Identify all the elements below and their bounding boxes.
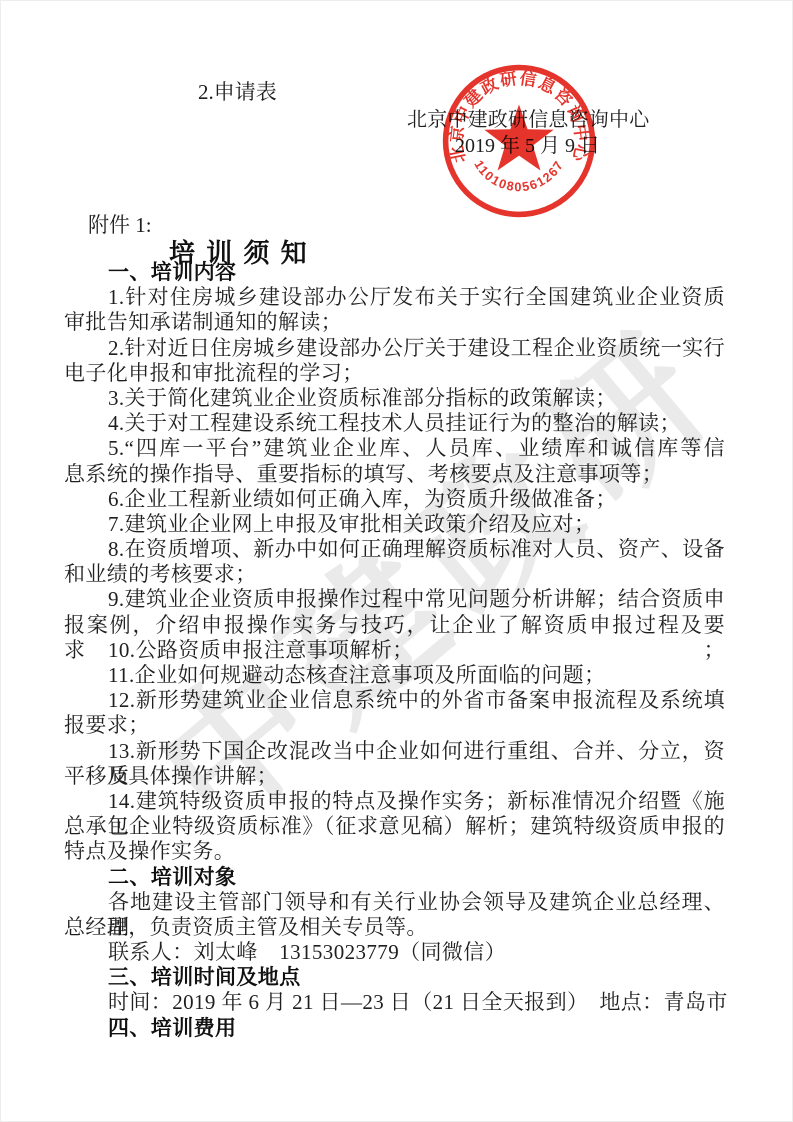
text-line: 息系统的操作指导、重要指标的填写、考核要点及注意事项等； xyxy=(64,462,725,487)
company-seal-stamp: 北京中建政研信息咨询中心 1101080561267 xyxy=(438,60,600,222)
text-line: 报要求； xyxy=(64,713,725,738)
text-line: 报案例，介绍申报操作实务与技巧，让企业了解资质申报过程及要求； xyxy=(64,613,725,638)
text-line: 平移及具体操作讲解； xyxy=(64,764,725,789)
intro-item-text: 2.申请表 xyxy=(198,76,277,106)
text-line: 1.针对住房城乡建设部办公厅发布关于实行全国建筑业企业资质 xyxy=(64,285,725,310)
section-heading: 二、培训对象 xyxy=(64,865,725,890)
text-line: 13.新形势下国企改混改当中企业如何进行重组、合并、分立，资质 xyxy=(64,739,725,764)
text-line: 特点及操作实务。 xyxy=(64,839,725,864)
star-icon xyxy=(484,105,553,171)
text-line: 14.建筑特级资质申报的特点及操作实务；新标准情况介绍暨《施工 xyxy=(64,789,725,814)
section-heading: 一、培训内容 xyxy=(64,260,725,285)
text-line: 8.在资质增项、新办中如何正确理解资质标准对人员、资产、设备 xyxy=(64,537,725,562)
text-line: 6.企业工程新业绩如何正确入库，为资质升级做准备； xyxy=(64,487,725,512)
text-line: 5.“四库一平台”建筑业企业库、人员库、业绩库和诚信库等信 xyxy=(64,436,725,461)
text-line: 电子化申报和审批流程的学习； xyxy=(64,361,725,386)
text-line: 11.企业如何规避动态核查注意事项及所面临的问题； xyxy=(64,663,725,688)
text-line: 12.新形势建筑业企业信息系统中的外省市备案申报流程及系统填 xyxy=(64,688,725,713)
seal-serial-number: 1101080561267 xyxy=(471,158,566,194)
text-line: 和业绩的考核要求； xyxy=(64,562,725,587)
text-line: 总承包企业特级资质标准》（征求意见稿）解析；建筑特级资质申报的 xyxy=(64,814,725,839)
document-page: 中建政研 2.申请表 北京中建政研信息咨询中心 2019 年 5 月 9 日 北… xyxy=(0,0,793,1122)
text-line: 总经理，负责资质主管及相关专员等。 xyxy=(64,915,725,940)
annex-label: 附件 1: xyxy=(88,209,152,239)
text-line: 2.针对近日住房城乡建设部办公厅关于建设工程企业资质统一实行 xyxy=(64,336,725,361)
text-line: 3.关于简化建筑业企业资质标准部分指标的政策解读； xyxy=(64,386,725,411)
text-line: 时间：2019 年 6 月 21 日—23 日（21 日全天报到） 地点：青岛市 xyxy=(64,990,725,1015)
text-line: 联系人：刘太峰 13153023779（同微信） xyxy=(64,940,725,965)
svg-text:1101080561267: 1101080561267 xyxy=(471,158,566,194)
section-heading: 三、培训时间及地点 xyxy=(64,965,725,990)
text-line: 审批告知承诺制通知的解读； xyxy=(64,310,725,335)
text-line: 7.建筑业企业网上申报及审批相关政策介绍及应对； xyxy=(64,512,725,537)
text-line: 9.建筑业企业资质申报操作过程中常见问题分析讲解；结合资质申 xyxy=(64,587,725,612)
body-text: 一、培训内容1.针对住房城乡建设部办公厅发布关于实行全国建筑业企业资质审批告知承… xyxy=(64,260,725,1041)
text-line: 各地建设主管部门领导和有关行业协会领导及建筑企业总经理、副 xyxy=(64,890,725,915)
section-heading: 四、培训费用 xyxy=(64,1016,725,1041)
text-line: 4.关于对工程建设系统工程技术人员挂证行为的整治的解读； xyxy=(64,411,725,436)
